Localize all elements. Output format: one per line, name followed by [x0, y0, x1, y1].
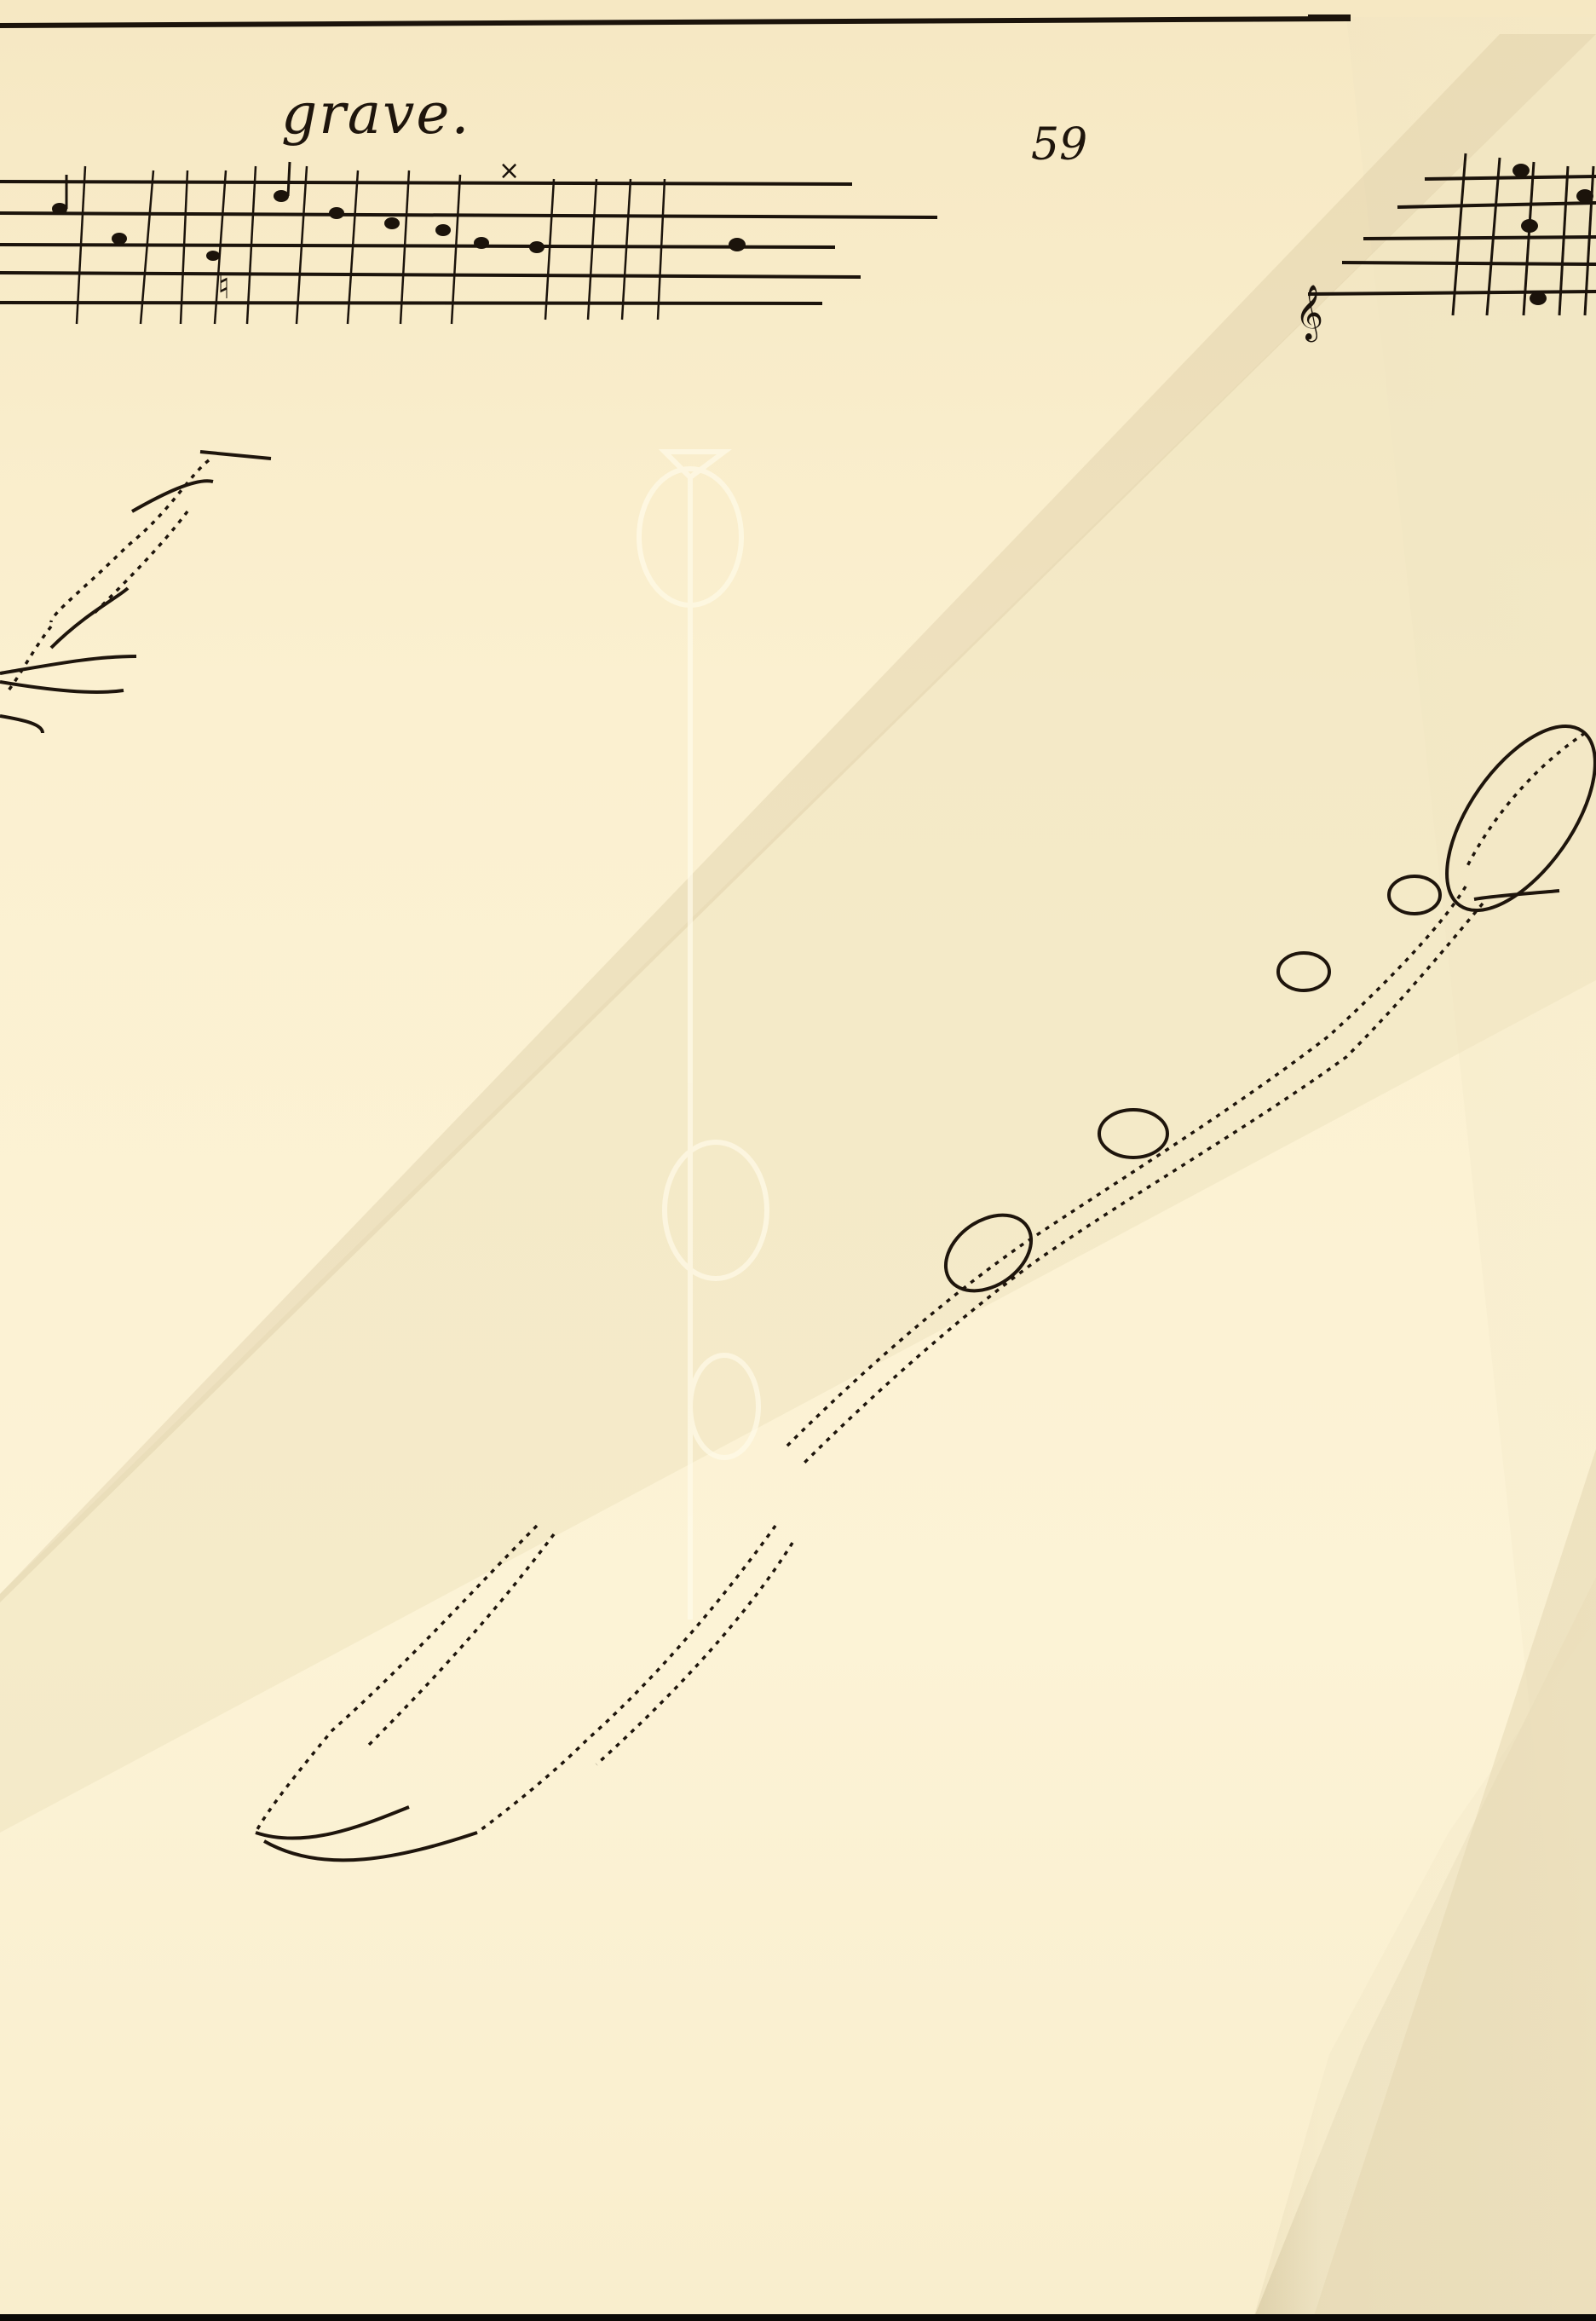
show-through-marks [0, 0, 1596, 2321]
scan-edge [0, 2314, 1596, 2321]
scanned-page: grave. 59 ♮ × [0, 0, 1596, 2321]
